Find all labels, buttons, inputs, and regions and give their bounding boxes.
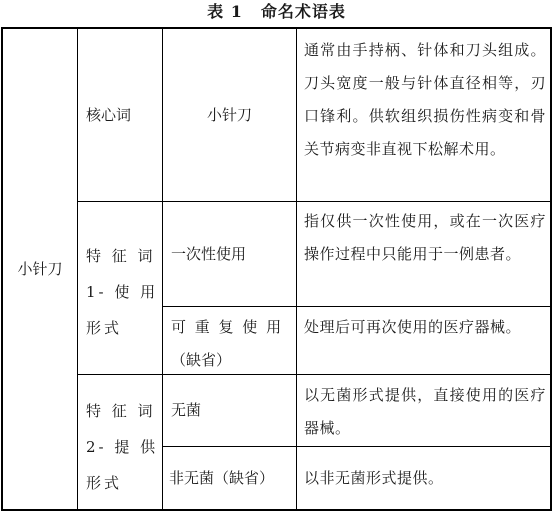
feature1-value-cell-2: 可 重 复 使 用 （缺省）: [171, 311, 295, 377]
row-line-f1: [162, 306, 552, 307]
feature1-value-line: （缺省）: [171, 344, 295, 377]
table-title: 命名术语表: [261, 2, 346, 21]
col-line-3: [296, 27, 297, 511]
feature2-value-cell-2: 非无菌（缺省）: [169, 447, 296, 509]
border-right: [550, 27, 552, 511]
core-description: 通常由手持柄、针体和刀头组成。刀头宽度一般与针体直径相等，刃口锋利。供软组织损伤…: [304, 34, 546, 166]
core-value: 小针刀: [207, 99, 252, 132]
feature2-label-line: 特 征 词: [86, 393, 162, 429]
feature1-label-line: 特 征 词: [86, 238, 162, 274]
table-number: 表 1: [207, 2, 243, 21]
term-cell: 小针刀: [3, 29, 77, 509]
feature1-value-cell: 一次性使用: [171, 202, 295, 306]
feature2-label-cell: 特 征 词 2- 提 供 形式: [86, 393, 162, 501]
row-line-f1-end: [77, 374, 552, 375]
table-caption: 表 1命名术语表: [0, 2, 553, 22]
feature2-description-2: 以非无菌形式提供。: [304, 462, 444, 495]
feature2-description: 以无菌形式提供，直接使用的医疗器械。: [304, 379, 546, 445]
feature1-description: 指仅供一次性使用，或在一次医疗操作过程中只能用于一例患者。: [304, 205, 546, 271]
col-line-1: [77, 27, 78, 511]
feature1-value: 一次性使用: [171, 238, 246, 271]
feature1-label-line: 1- 使 用: [86, 274, 162, 310]
feature2-value-2: 非无菌（缺省）: [169, 462, 274, 495]
nomenclature-table: 小针刀 核心词 小针刀 通常由手持柄、针体和刀头组成。刀头宽度一般与针体直径相等…: [1, 27, 552, 511]
row-line-core: [77, 201, 552, 202]
core-label-cell: 核心词: [86, 29, 162, 201]
feature2-description-2-cell: 以非无菌形式提供。: [304, 447, 546, 509]
border-bottom: [1, 509, 552, 511]
feature1-label-cell: 特 征 词 1- 使 用 形式: [86, 238, 162, 346]
feature2-label-line: 2- 提 供: [86, 429, 162, 465]
core-label: 核心词: [86, 99, 131, 132]
feature2-value-cell: 无菌: [171, 375, 295, 446]
term-text: 小针刀: [17, 253, 62, 286]
feature1-description-2: 处理后可再次使用的医疗器械。: [304, 311, 546, 344]
feature1-label-line: 形式: [86, 310, 162, 346]
core-value-cell: 小针刀: [163, 29, 296, 201]
feature2-label-line: 形式: [86, 465, 162, 501]
feature2-value: 无菌: [171, 394, 201, 427]
feature1-value-line: 可 重 复 使 用: [171, 311, 295, 344]
